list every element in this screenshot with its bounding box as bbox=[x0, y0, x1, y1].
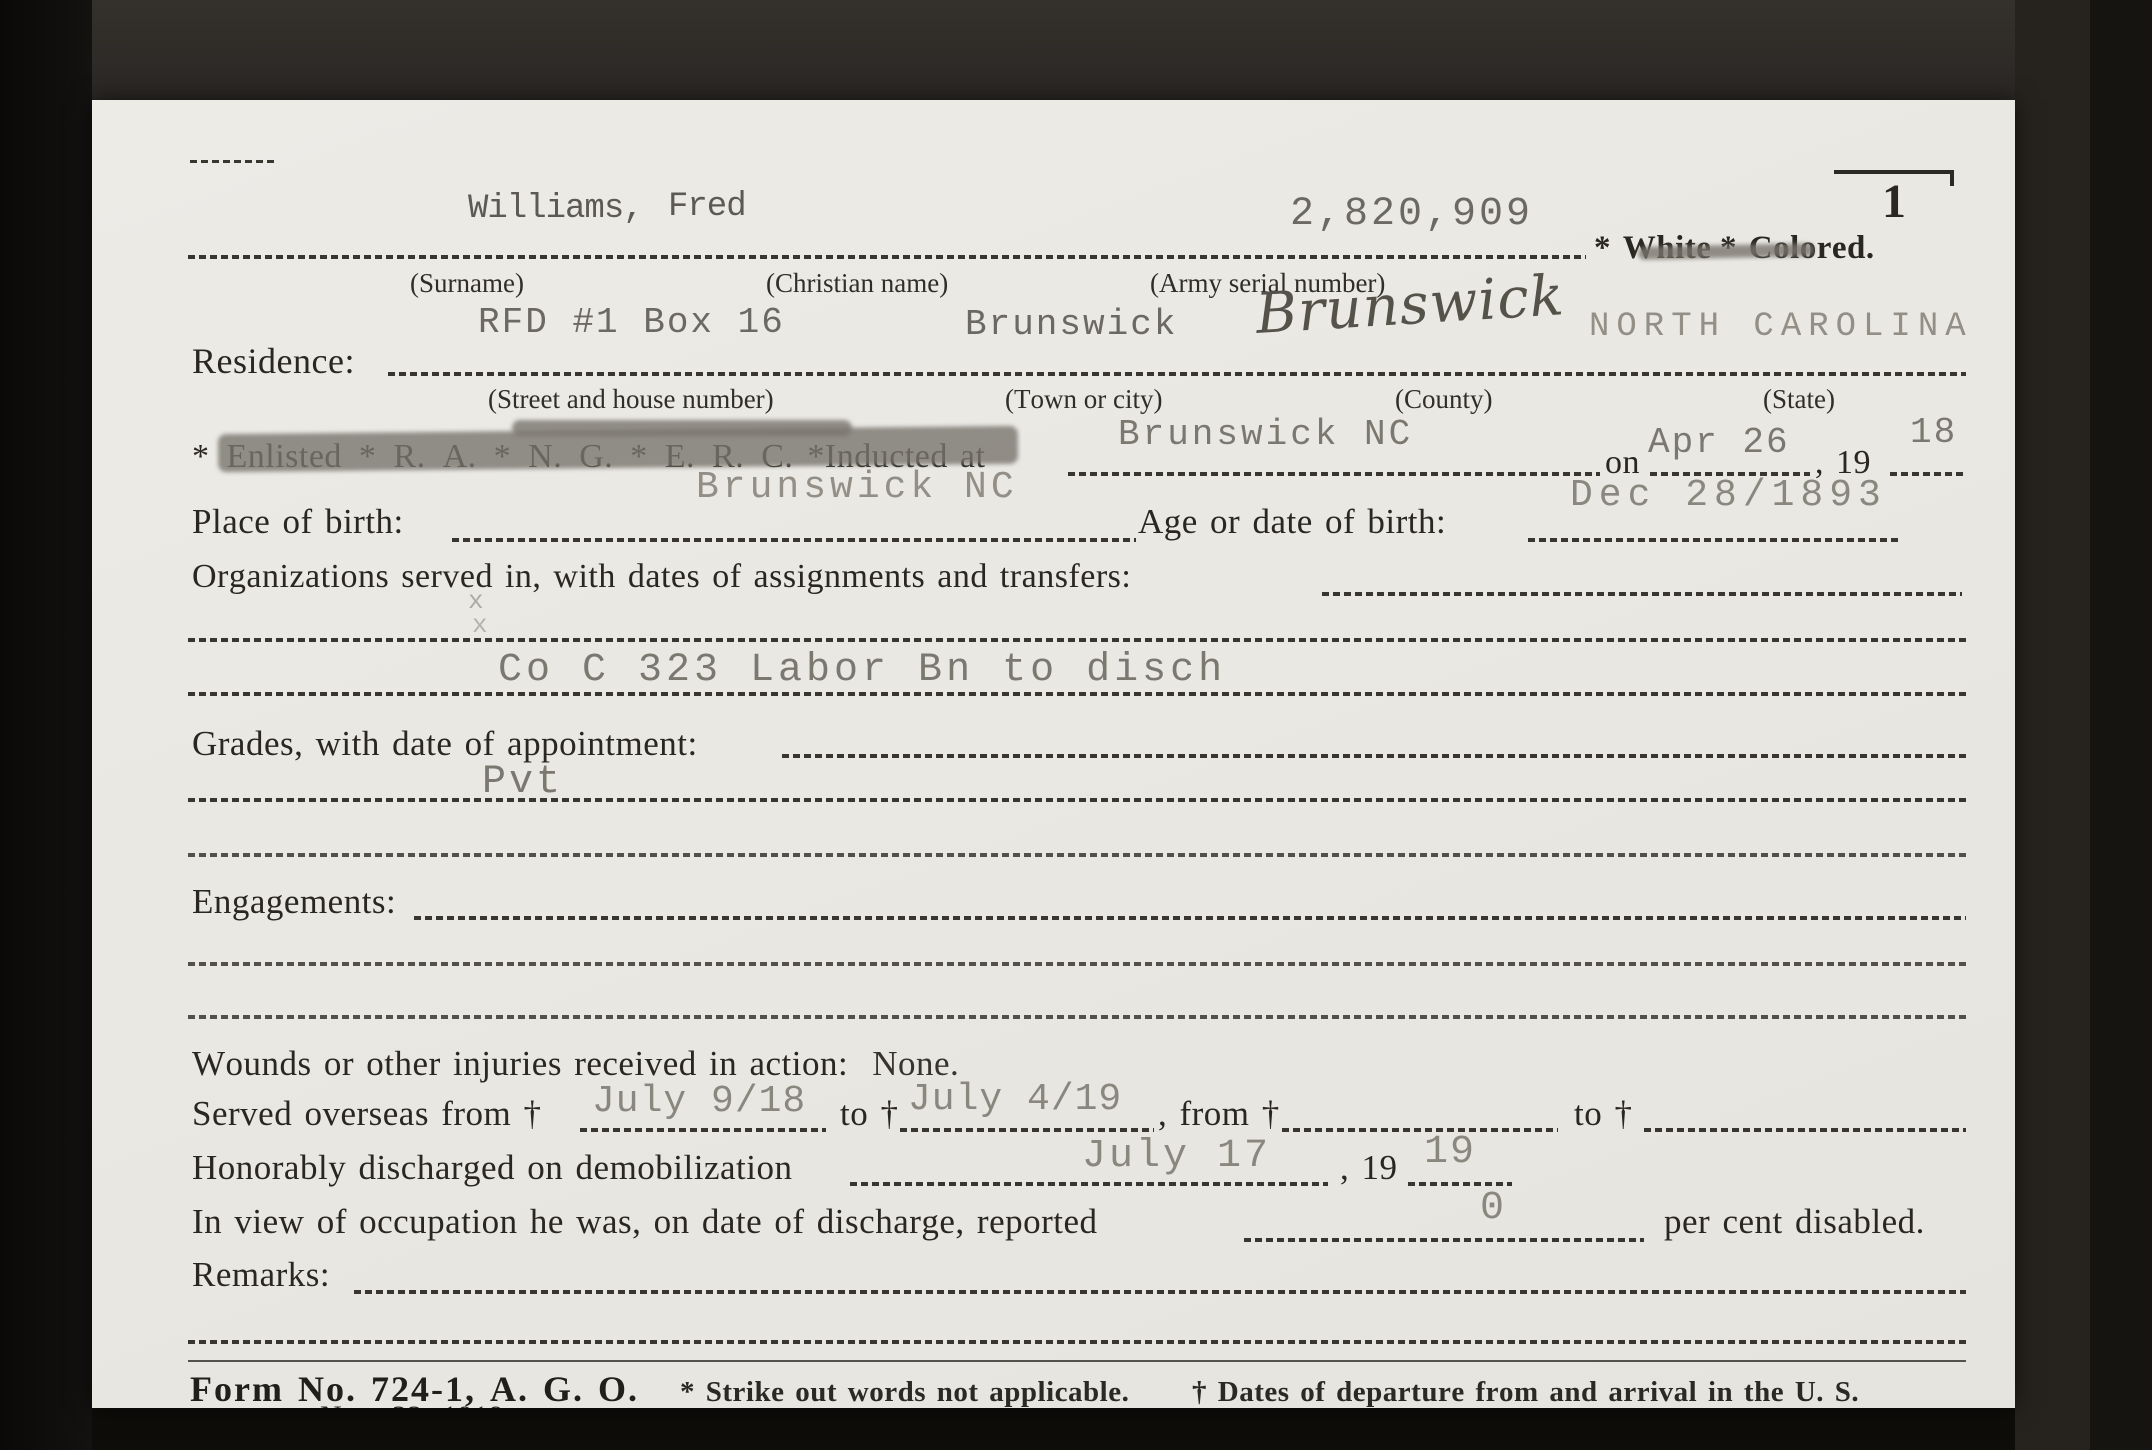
footer-dashed-rule bbox=[188, 1340, 1966, 1344]
organizations-entry-value: Co C 323 Labor Bn to disch bbox=[498, 648, 1226, 693]
overseas-from1-rule bbox=[580, 1128, 826, 1132]
organizations-rule-2 bbox=[188, 638, 1966, 642]
birth-date-label: Age or date of birth: bbox=[1138, 502, 1446, 542]
overseas-to2-rule bbox=[1644, 1128, 1966, 1132]
options-strikeout-smudge-bump bbox=[512, 420, 852, 436]
engagements-rule-1 bbox=[414, 916, 1966, 920]
inducted-place-value: Brunswick NC bbox=[1118, 414, 1413, 455]
footnote-dagger-dates: † Dates of departure from and arrival in… bbox=[1192, 1376, 1859, 1408]
county-label: (County) bbox=[1395, 384, 1493, 415]
overseas-to1-rule bbox=[900, 1128, 1154, 1132]
street-value: RFD #1 Box 16 bbox=[478, 302, 785, 343]
inducted-date-value: Apr 26 bbox=[1648, 422, 1790, 463]
stray-dash-mark bbox=[190, 160, 274, 163]
discharge-year-prefix: , 19 bbox=[1340, 1148, 1398, 1188]
remarks-label: Remarks: bbox=[192, 1255, 330, 1295]
overseas-from2-label: , from † bbox=[1158, 1094, 1280, 1134]
residence-label: Residence: bbox=[192, 340, 355, 382]
inducted-at-rule bbox=[1068, 472, 1600, 476]
discharge-year-value: 19 bbox=[1424, 1130, 1476, 1175]
overseas-from2-rule bbox=[1282, 1128, 1558, 1132]
grades-rule-3 bbox=[188, 853, 1966, 857]
background-top-band bbox=[90, 0, 2152, 102]
overseas-from1-value: July 9/18 bbox=[592, 1080, 806, 1123]
form-date: Nov. 22, 1919 bbox=[320, 1400, 504, 1408]
wounds-label: Wounds or other injuries received in act… bbox=[192, 1044, 848, 1083]
overseas-label: Served overseas from † bbox=[192, 1094, 541, 1134]
christian-name-value: Fred bbox=[668, 188, 746, 226]
birth-date-value: Dec 28/1893 bbox=[1570, 474, 1887, 517]
grades-rule-1 bbox=[782, 754, 1966, 758]
organizations-label: Organizations served in, with dates of a… bbox=[192, 558, 1131, 596]
inducted-year-value: 18 bbox=[1910, 412, 1957, 453]
state-label: (State) bbox=[1763, 384, 1835, 415]
street-label: (Street and house number) bbox=[488, 384, 774, 415]
footer-solid-rule bbox=[188, 1360, 1966, 1362]
grades-rule-2 bbox=[188, 798, 1966, 802]
service-record-card: Williams, Fred 2,820,909 1 * White * Col… bbox=[92, 100, 2015, 1408]
page-number-overline-hook bbox=[1950, 170, 1954, 186]
birth-place-label: Place of birth: bbox=[192, 502, 404, 542]
wounds-line: Wounds or other injuries received in act… bbox=[192, 1044, 959, 1084]
grades-label: Grades, with date of appointment: bbox=[192, 724, 698, 764]
background-right-band bbox=[2015, 0, 2152, 1450]
disability-suffix: per cent disabled. bbox=[1664, 1202, 1925, 1242]
christian-name-label: (Christian name) bbox=[766, 268, 948, 299]
residence-rule bbox=[388, 372, 1966, 376]
overseas-to2-label: to † bbox=[1574, 1094, 1632, 1134]
town-value: Brunswick bbox=[965, 304, 1177, 345]
disability-label: In view of occupation he was, on date of… bbox=[192, 1202, 1098, 1242]
background-bottom-band bbox=[92, 1405, 2015, 1450]
remarks-rule bbox=[354, 1290, 1966, 1294]
scanned-photo-frame: Williams, Fred 2,820,909 1 * White * Col… bbox=[0, 0, 2152, 1450]
organizations-rule-3 bbox=[188, 692, 1966, 696]
discharge-date-value: July 17 bbox=[1082, 1134, 1271, 1179]
overseas-to1-value: July 4/19 bbox=[908, 1078, 1122, 1121]
army-serial-number-value: 2,820,909 bbox=[1290, 192, 1533, 237]
discharge-rule bbox=[850, 1182, 1328, 1186]
disability-value: 0 bbox=[1480, 1186, 1504, 1231]
engagements-label: Engagements: bbox=[192, 882, 396, 922]
overseas-to1-label: to † bbox=[840, 1094, 898, 1134]
inducted-year-rule bbox=[1890, 472, 1964, 476]
discharge-label: Honorably discharged on demobilization bbox=[192, 1148, 793, 1188]
footnote-strike-out: * Strike out words not applicable. bbox=[680, 1376, 1129, 1408]
name-rule bbox=[188, 255, 1586, 259]
birth-place-value: Brunswick NC bbox=[696, 466, 1018, 509]
birth-place-rule bbox=[452, 538, 1136, 542]
town-label: (Town or city) bbox=[1005, 384, 1162, 415]
state-value: NORTH CAROLINA bbox=[1589, 308, 1973, 346]
engagements-rule-2 bbox=[188, 962, 1966, 966]
stray-typed-mark-2: x bbox=[472, 610, 488, 640]
birth-date-rule bbox=[1528, 538, 1902, 542]
engagements-rule-3 bbox=[188, 1015, 1966, 1019]
surname-value: Williams, bbox=[468, 190, 643, 228]
page-number: 1 bbox=[1882, 174, 1907, 229]
surname-label: (Surname) bbox=[410, 268, 524, 299]
disability-rule bbox=[1244, 1238, 1644, 1242]
organizations-rule-1 bbox=[1322, 592, 1962, 596]
background-left-strip bbox=[0, 0, 92, 1450]
